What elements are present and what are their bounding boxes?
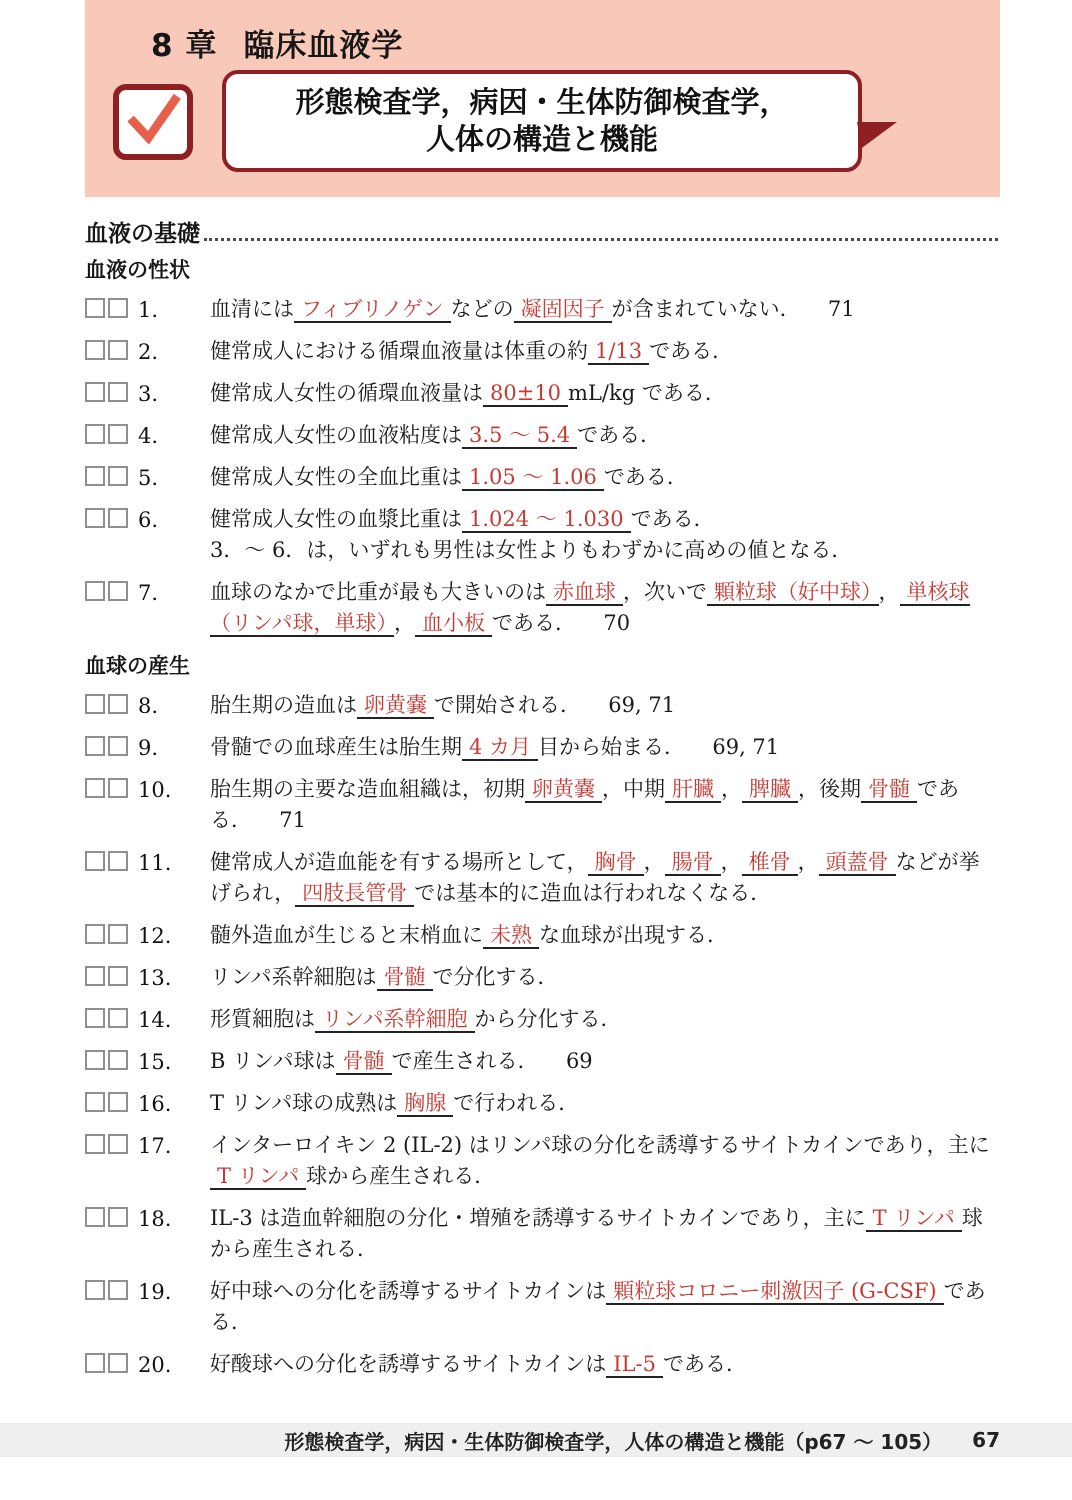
question-text: T リンパ球の成熟は胸腺で行われる．	[210, 1088, 1000, 1119]
answer-checkbox-2	[108, 581, 128, 601]
answer-term: 1.05 ～ 1.06	[462, 465, 604, 491]
question-row: 1.血清にはフィブリノゲンなどの凝固因子が含まれていない．71	[85, 294, 1000, 325]
question-text: 健常成人女性の循環血液量は80±10mL/kg である．	[210, 378, 1000, 409]
question-text: 健常成人における循環血液量は体重の約1/13である．	[210, 336, 1000, 367]
question-fragment: が含まれていない．	[612, 297, 801, 321]
question-number: 12.	[138, 924, 171, 948]
checkbox-group: 9.	[85, 732, 210, 763]
exam-field-title-box: 形態検査学，病因・生体防御検査学， 人体の構造と機能	[222, 70, 862, 172]
question-text: 血清にはフィブリノゲンなどの凝固因子が含まれていない．71	[210, 294, 1000, 325]
checkbox-group: 2.	[85, 336, 210, 367]
page-reference: 70	[603, 611, 630, 635]
subsection-heading: 血球の産生	[85, 650, 1000, 680]
question-number: 19.	[138, 1280, 171, 1304]
question-fragment: 好酸球への分化を誘導するサイトカインは	[210, 1352, 606, 1376]
question-number: 17.	[138, 1134, 171, 1158]
answer-term: リンパ系幹細胞	[315, 1007, 475, 1033]
question-fragment: で産生される．	[392, 1049, 539, 1073]
answer-checkbox-1	[85, 382, 105, 402]
question-text: 胎生期の主要な造血組織は，初期卵黄嚢，中期肝臓，脾臓，後期骨髄である．71	[210, 774, 1000, 836]
question-row: 3.健常成人女性の循環血液量は80±10mL/kg である．	[85, 378, 1000, 409]
checkbox-group: 12.	[85, 920, 210, 951]
question-row: 16.T リンパ球の成熟は胸腺で行われる．	[85, 1088, 1000, 1119]
question-fragment: B リンパ球は	[210, 1049, 336, 1073]
question-row: 9.骨髄での血球産生は胎生期4 カ月目から始まる．69, 71	[85, 732, 1000, 763]
checkbox-group: 7.	[85, 577, 210, 639]
question-row: 13.リンパ系幹細胞は骨髄で分化する．	[85, 962, 1000, 993]
chapter-header: 8 章臨床血液学 形態検査学，病因・生体防御検査学， 人体の構造と機能	[85, 0, 1000, 197]
checkbox-group: 13.	[85, 962, 210, 993]
answer-checkbox-1	[85, 1050, 105, 1070]
chapter-heading: 8 章臨床血液学	[85, 0, 1000, 65]
answer-term: 椎骨	[742, 850, 798, 876]
section-heading-row: 血液の基礎	[85, 215, 1000, 248]
subsection-heading: 血液の性状	[85, 254, 1000, 284]
question-fragment: である．	[649, 339, 733, 363]
question-fragment: 髄外造血が生じると末梢血に	[210, 923, 483, 947]
answer-term: フィブリノゲン	[294, 297, 451, 323]
answer-term: 未熟	[483, 923, 539, 949]
answer-term: 顆粒球（好中球）	[707, 580, 879, 606]
question-row: 4.健常成人女性の血液粘度は3.5 ～ 5.4である．	[85, 420, 1000, 451]
answer-term: 肝臓	[665, 777, 721, 803]
question-number: 11.	[138, 851, 171, 875]
question-fragment: 健常成人における循環血液量は体重の約	[210, 339, 588, 363]
question-fragment: 胎生期の主要な造血組織は，初期	[210, 777, 525, 801]
question-text: 血球のなかで比重が最も大きいのは赤血球，次いで顆粒球（好中球），単核球（リンパ球…	[210, 577, 1000, 639]
check-icon	[124, 93, 182, 151]
question-fragment: ，次いで	[623, 580, 707, 604]
question-number: 15.	[138, 1050, 171, 1074]
section-title: 血液の基礎	[85, 215, 200, 248]
question-text: リンパ系幹細胞は骨髄で分化する．	[210, 962, 1000, 993]
checkbox-group: 10.	[85, 774, 210, 836]
checkbox-group: 1.	[85, 294, 210, 325]
page-number: 67	[972, 1428, 1000, 1452]
exam-field-title-line2: 人体の構造と機能	[426, 121, 658, 158]
question-fragment: である．	[492, 611, 576, 635]
question-fragment: ，	[394, 611, 415, 635]
answer-checkbox-1	[85, 1134, 105, 1154]
answer-term: 骨髄	[861, 777, 917, 803]
answer-checkbox-2	[108, 851, 128, 871]
question-text: 好中球への分化を誘導するサイトカインは顆粒球コロニー刺激因子 (G-CSF)であ…	[210, 1276, 1000, 1338]
question-row: 17.インターロイキン 2 (IL-2) はリンパ球の分化を誘導するサイトカイン…	[85, 1130, 1000, 1192]
question-fragment: T リンパ球の成熟は	[210, 1091, 397, 1115]
answer-checkbox-2	[108, 508, 128, 528]
answer-checkbox-1	[85, 508, 105, 528]
answer-checkbox-1	[85, 736, 105, 756]
answer-term: 骨髄	[377, 965, 433, 991]
answer-term: 80±10	[483, 381, 568, 407]
question-fragment: ，後期	[798, 777, 861, 801]
question-fragment: から分化する．	[475, 1007, 622, 1031]
checkbox-group: 4.	[85, 420, 210, 451]
page-reference: 69, 71	[608, 693, 675, 717]
question-fragment: である．	[577, 423, 661, 447]
answer-checkbox-1	[85, 778, 105, 798]
question-text: インターロイキン 2 (IL-2) はリンパ球の分化を誘導するサイトカインであり…	[210, 1130, 1000, 1192]
answer-checkbox-2	[108, 1008, 128, 1028]
checkbox-group: 15.	[85, 1046, 210, 1077]
question-fragment: ，中期	[602, 777, 665, 801]
chapter-number: 8 章	[151, 28, 217, 64]
answer-term: 赤血球	[546, 580, 623, 606]
answer-checkbox-1	[85, 851, 105, 871]
question-row: 12.髄外造血が生じると末梢血に未熟な血球が出現する．	[85, 920, 1000, 951]
checkbox-group: 11.	[85, 847, 210, 909]
question-fragment: ，	[644, 850, 665, 874]
answer-term: 血小板	[415, 611, 492, 637]
answer-checkbox-2	[108, 382, 128, 402]
answer-checkbox-1	[85, 1353, 105, 1373]
answer-checkbox-2	[108, 1207, 128, 1227]
question-fragment: IL-3 は造血幹細胞の分化・増殖を誘導するサイトカインであり，主に	[210, 1206, 866, 1230]
question-fragment: ，	[798, 850, 819, 874]
question-fragment: 健常成人が造血能を有する場所として，	[210, 850, 588, 874]
question-number: 10.	[138, 778, 171, 802]
question-fragment: ，	[879, 580, 900, 604]
answer-term: 4 カ月	[462, 735, 538, 761]
answer-term: 腸骨	[665, 850, 721, 876]
question-row: 11.健常成人が造血能を有する場所として，胸骨，腸骨，椎骨，頭蓋骨などが挙げられ…	[85, 847, 1000, 909]
question-text: 好酸球への分化を誘導するサイトカインはIL-5である．	[210, 1349, 1000, 1380]
question-text: 形質細胞はリンパ系幹細胞から分化する．	[210, 1004, 1000, 1035]
question-fragment: 健常成人女性の血液粘度は	[210, 423, 462, 447]
question-number: 14.	[138, 1008, 171, 1032]
answer-checkbox-2	[108, 966, 128, 986]
page-reference: 69	[566, 1049, 593, 1073]
answer-term: 凝固因子	[514, 297, 612, 323]
answer-checkbox-2	[108, 924, 128, 944]
answer-term: 卵黄嚢	[357, 693, 434, 719]
checkbox-group: 3.	[85, 378, 210, 409]
footer-running-title: 形態検査学，病因・生体防御検査学，人体の構造と機能（p67 ～ 105）	[284, 1426, 942, 1455]
question-row: 7.血球のなかで比重が最も大きいのは赤血球，次いで顆粒球（好中球），単核球（リン…	[85, 577, 1000, 639]
question-fragment: 好中球への分化を誘導するサイトカインは	[210, 1279, 606, 1303]
question-row: 20.好酸球への分化を誘導するサイトカインはIL-5である．	[85, 1349, 1000, 1380]
answer-checkbox-1	[85, 1207, 105, 1227]
answer-checkbox-1	[85, 424, 105, 444]
question-fragment: ，	[721, 777, 742, 801]
flag-arrow-icon	[857, 122, 897, 148]
answer-term: 四肢長管骨	[295, 881, 414, 907]
question-text: B リンパ球は骨髄で産生される．69	[210, 1046, 1000, 1077]
checkbox-group: 8.	[85, 690, 210, 721]
answer-term: 3.5 ～ 5.4	[462, 423, 577, 449]
question-number: 7.	[138, 581, 158, 605]
question-text: 健常成人が造血能を有する場所として，胸骨，腸骨，椎骨，頭蓋骨などが挙げられ，四肢…	[210, 847, 1000, 909]
question-number: 6.	[138, 508, 158, 532]
question-fragment: 健常成人女性の循環血液量は	[210, 381, 483, 405]
answer-checkbox-1	[85, 581, 105, 601]
answer-term: 卵黄嚢	[525, 777, 602, 803]
answer-checkbox-1	[85, 466, 105, 486]
answer-checkbox-2	[108, 1280, 128, 1300]
answer-term: 脾臓	[742, 777, 798, 803]
question-text: IL-3 は造血幹細胞の分化・増殖を誘導するサイトカインであり，主にT リンパ球…	[210, 1203, 1000, 1265]
question-number: 3.	[138, 382, 158, 406]
question-note: 3．～ 6．は，いずれも男性は女性よりもわずかに高めの値となる．	[210, 535, 1000, 566]
question-row: 8.胎生期の造血は卵黄嚢で開始される．69, 71	[85, 690, 1000, 721]
checkbox-group: 19.	[85, 1276, 210, 1338]
answer-term: 胸腺	[397, 1091, 453, 1117]
answer-checkbox-1	[85, 298, 105, 318]
answer-term: 胸骨	[588, 850, 644, 876]
answer-term: IL-5	[606, 1352, 663, 1378]
question-fragment: 球から産生される．	[306, 1164, 495, 1188]
question-text: 髄外造血が生じると末梢血に未熟な血球が出現する．	[210, 920, 1000, 951]
answer-checkbox-1	[85, 1092, 105, 1112]
answer-checkbox-1	[85, 694, 105, 714]
question-number: 1.	[138, 298, 158, 322]
page-reference: 71	[828, 297, 855, 321]
question-fragment: 健常成人女性の血漿比重は	[210, 507, 462, 531]
page-reference: 71	[279, 808, 306, 832]
question-fragment: インターロイキン 2 (IL-2) はリンパ球の分化を誘導するサイトカインであり…	[210, 1133, 990, 1157]
answer-term: 骨髄	[336, 1049, 392, 1075]
question-fragment: 胎生期の造血は	[210, 693, 357, 717]
question-row: 18.IL-3 は造血幹細胞の分化・増殖を誘導するサイトカインであり，主にT リ…	[85, 1203, 1000, 1265]
question-number: 16.	[138, 1092, 171, 1116]
question-fragment: 血清には	[210, 297, 294, 321]
checkbox-group: 17.	[85, 1130, 210, 1192]
answer-checkbox-1	[85, 340, 105, 360]
chapter-title: 臨床血液学	[243, 28, 403, 64]
answer-checkbox-2	[108, 1092, 128, 1112]
answer-term: 1/13	[588, 339, 649, 365]
checkbox-group: 20.	[85, 1349, 210, 1380]
question-fragment: 健常成人女性の全血比重は	[210, 465, 462, 489]
answer-term: T リンパ	[210, 1164, 306, 1190]
question-fragment: ，	[721, 850, 742, 874]
question-row: 6.健常成人女性の血漿比重は1.024 ～ 1.030である．3．～ 6．は，い…	[85, 504, 1000, 566]
answer-checkbox-1	[85, 966, 105, 986]
answer-checkbox-1	[85, 1008, 105, 1028]
question-list: 血液の基礎 血液の性状1.血清にはフィブリノゲンなどの凝固因子が含まれていない．…	[85, 215, 1000, 1380]
answer-checkbox-2	[108, 736, 128, 756]
question-row: 2.健常成人における循環血液量は体重の約1/13である．	[85, 336, 1000, 367]
page-footer: 形態検査学，病因・生体防御検査学，人体の構造と機能（p67 ～ 105） 67	[0, 1423, 1072, 1457]
answer-checkbox-2	[108, 298, 128, 318]
dotted-leader	[204, 238, 998, 241]
question-fragment: 形質細胞は	[210, 1007, 315, 1031]
question-fragment: mL/kg である．	[568, 381, 726, 405]
exam-field-title-line1: 形態検査学，病因・生体防御検査学，	[295, 84, 788, 121]
page-reference: 69, 71	[712, 735, 779, 759]
question-text: 健常成人女性の全血比重は1.05 ～ 1.06である．	[210, 462, 1000, 493]
question-row: 5.健常成人女性の全血比重は1.05 ～ 1.06である．	[85, 462, 1000, 493]
question-fragment: などの	[451, 297, 514, 321]
checkbox-group: 18.	[85, 1203, 210, 1265]
question-fragment: である．	[631, 507, 715, 531]
question-fragment: な血球が出現する．	[539, 923, 728, 947]
question-row: 19.好中球への分化を誘導するサイトカインは顆粒球コロニー刺激因子 (G-CSF…	[85, 1276, 1000, 1338]
question-text: 骨髄での血球産生は胎生期4 カ月目から始まる．69, 71	[210, 732, 1000, 763]
question-fragment: 目から始まる．	[538, 735, 685, 759]
checkbox-group: 6.	[85, 504, 210, 566]
question-number: 20.	[138, 1353, 171, 1377]
answer-checkbox-2	[108, 1134, 128, 1154]
question-number: 18.	[138, 1207, 171, 1231]
answer-term: 顆粒球コロニー刺激因子 (G-CSF)	[606, 1279, 943, 1305]
answer-checkbox-1	[85, 1280, 105, 1300]
question-fragment: で開始される．	[434, 693, 581, 717]
answer-checkbox-2	[108, 1050, 128, 1070]
answer-checkbox-1	[85, 924, 105, 944]
question-fragment: 血球のなかで比重が最も大きいのは	[210, 580, 546, 604]
question-number: 2.	[138, 340, 158, 364]
items-area: 血液の性状1.血清にはフィブリノゲンなどの凝固因子が含まれていない．712.健常…	[85, 254, 1000, 1380]
question-number: 9.	[138, 736, 158, 760]
answer-checkbox-2	[108, 424, 128, 444]
answer-checkbox-2	[108, 1353, 128, 1373]
book-page: 8 章臨床血液学 形態検査学，病因・生体防御検査学， 人体の構造と機能 血液の基…	[0, 0, 1072, 1500]
question-number: 8.	[138, 694, 158, 718]
question-fragment: で分化する．	[433, 965, 559, 989]
question-fragment: で行われる．	[453, 1091, 579, 1115]
question-text: 胎生期の造血は卵黄嚢で開始される．69, 71	[210, 690, 1000, 721]
chapter-check-badge	[113, 84, 193, 160]
question-row: 14.形質細胞はリンパ系幹細胞から分化する．	[85, 1004, 1000, 1035]
question-number: 13.	[138, 966, 171, 990]
answer-checkbox-2	[108, 466, 128, 486]
question-number: 5.	[138, 466, 158, 490]
question-text: 健常成人女性の血液粘度は3.5 ～ 5.4である．	[210, 420, 1000, 451]
answer-term: T リンパ	[866, 1206, 962, 1232]
answer-checkbox-2	[108, 778, 128, 798]
checkbox-group: 14.	[85, 1004, 210, 1035]
answer-term: 1.024 ～ 1.030	[462, 507, 631, 533]
answer-checkbox-2	[108, 340, 128, 360]
checkbox-group: 5.	[85, 462, 210, 493]
question-fragment: 骨髄での血球産生は胎生期	[210, 735, 462, 759]
question-fragment: である．	[604, 465, 688, 489]
question-fragment: リンパ系幹細胞は	[210, 965, 377, 989]
question-number: 4.	[138, 424, 158, 448]
question-text: 健常成人女性の血漿比重は1.024 ～ 1.030である．3．～ 6．は，いずれ…	[210, 504, 1000, 566]
question-row: 15.B リンパ球は骨髄で産生される．69	[85, 1046, 1000, 1077]
question-fragment: では基本的に造血は行われなくなる．	[414, 881, 771, 905]
answer-checkbox-2	[108, 694, 128, 714]
checkbox-group: 16.	[85, 1088, 210, 1119]
answer-term: 頭蓋骨	[819, 850, 896, 876]
question-row: 10.胎生期の主要な造血組織は，初期卵黄嚢，中期肝臓，脾臓，後期骨髄である．71	[85, 774, 1000, 836]
question-fragment: である．	[663, 1352, 747, 1376]
